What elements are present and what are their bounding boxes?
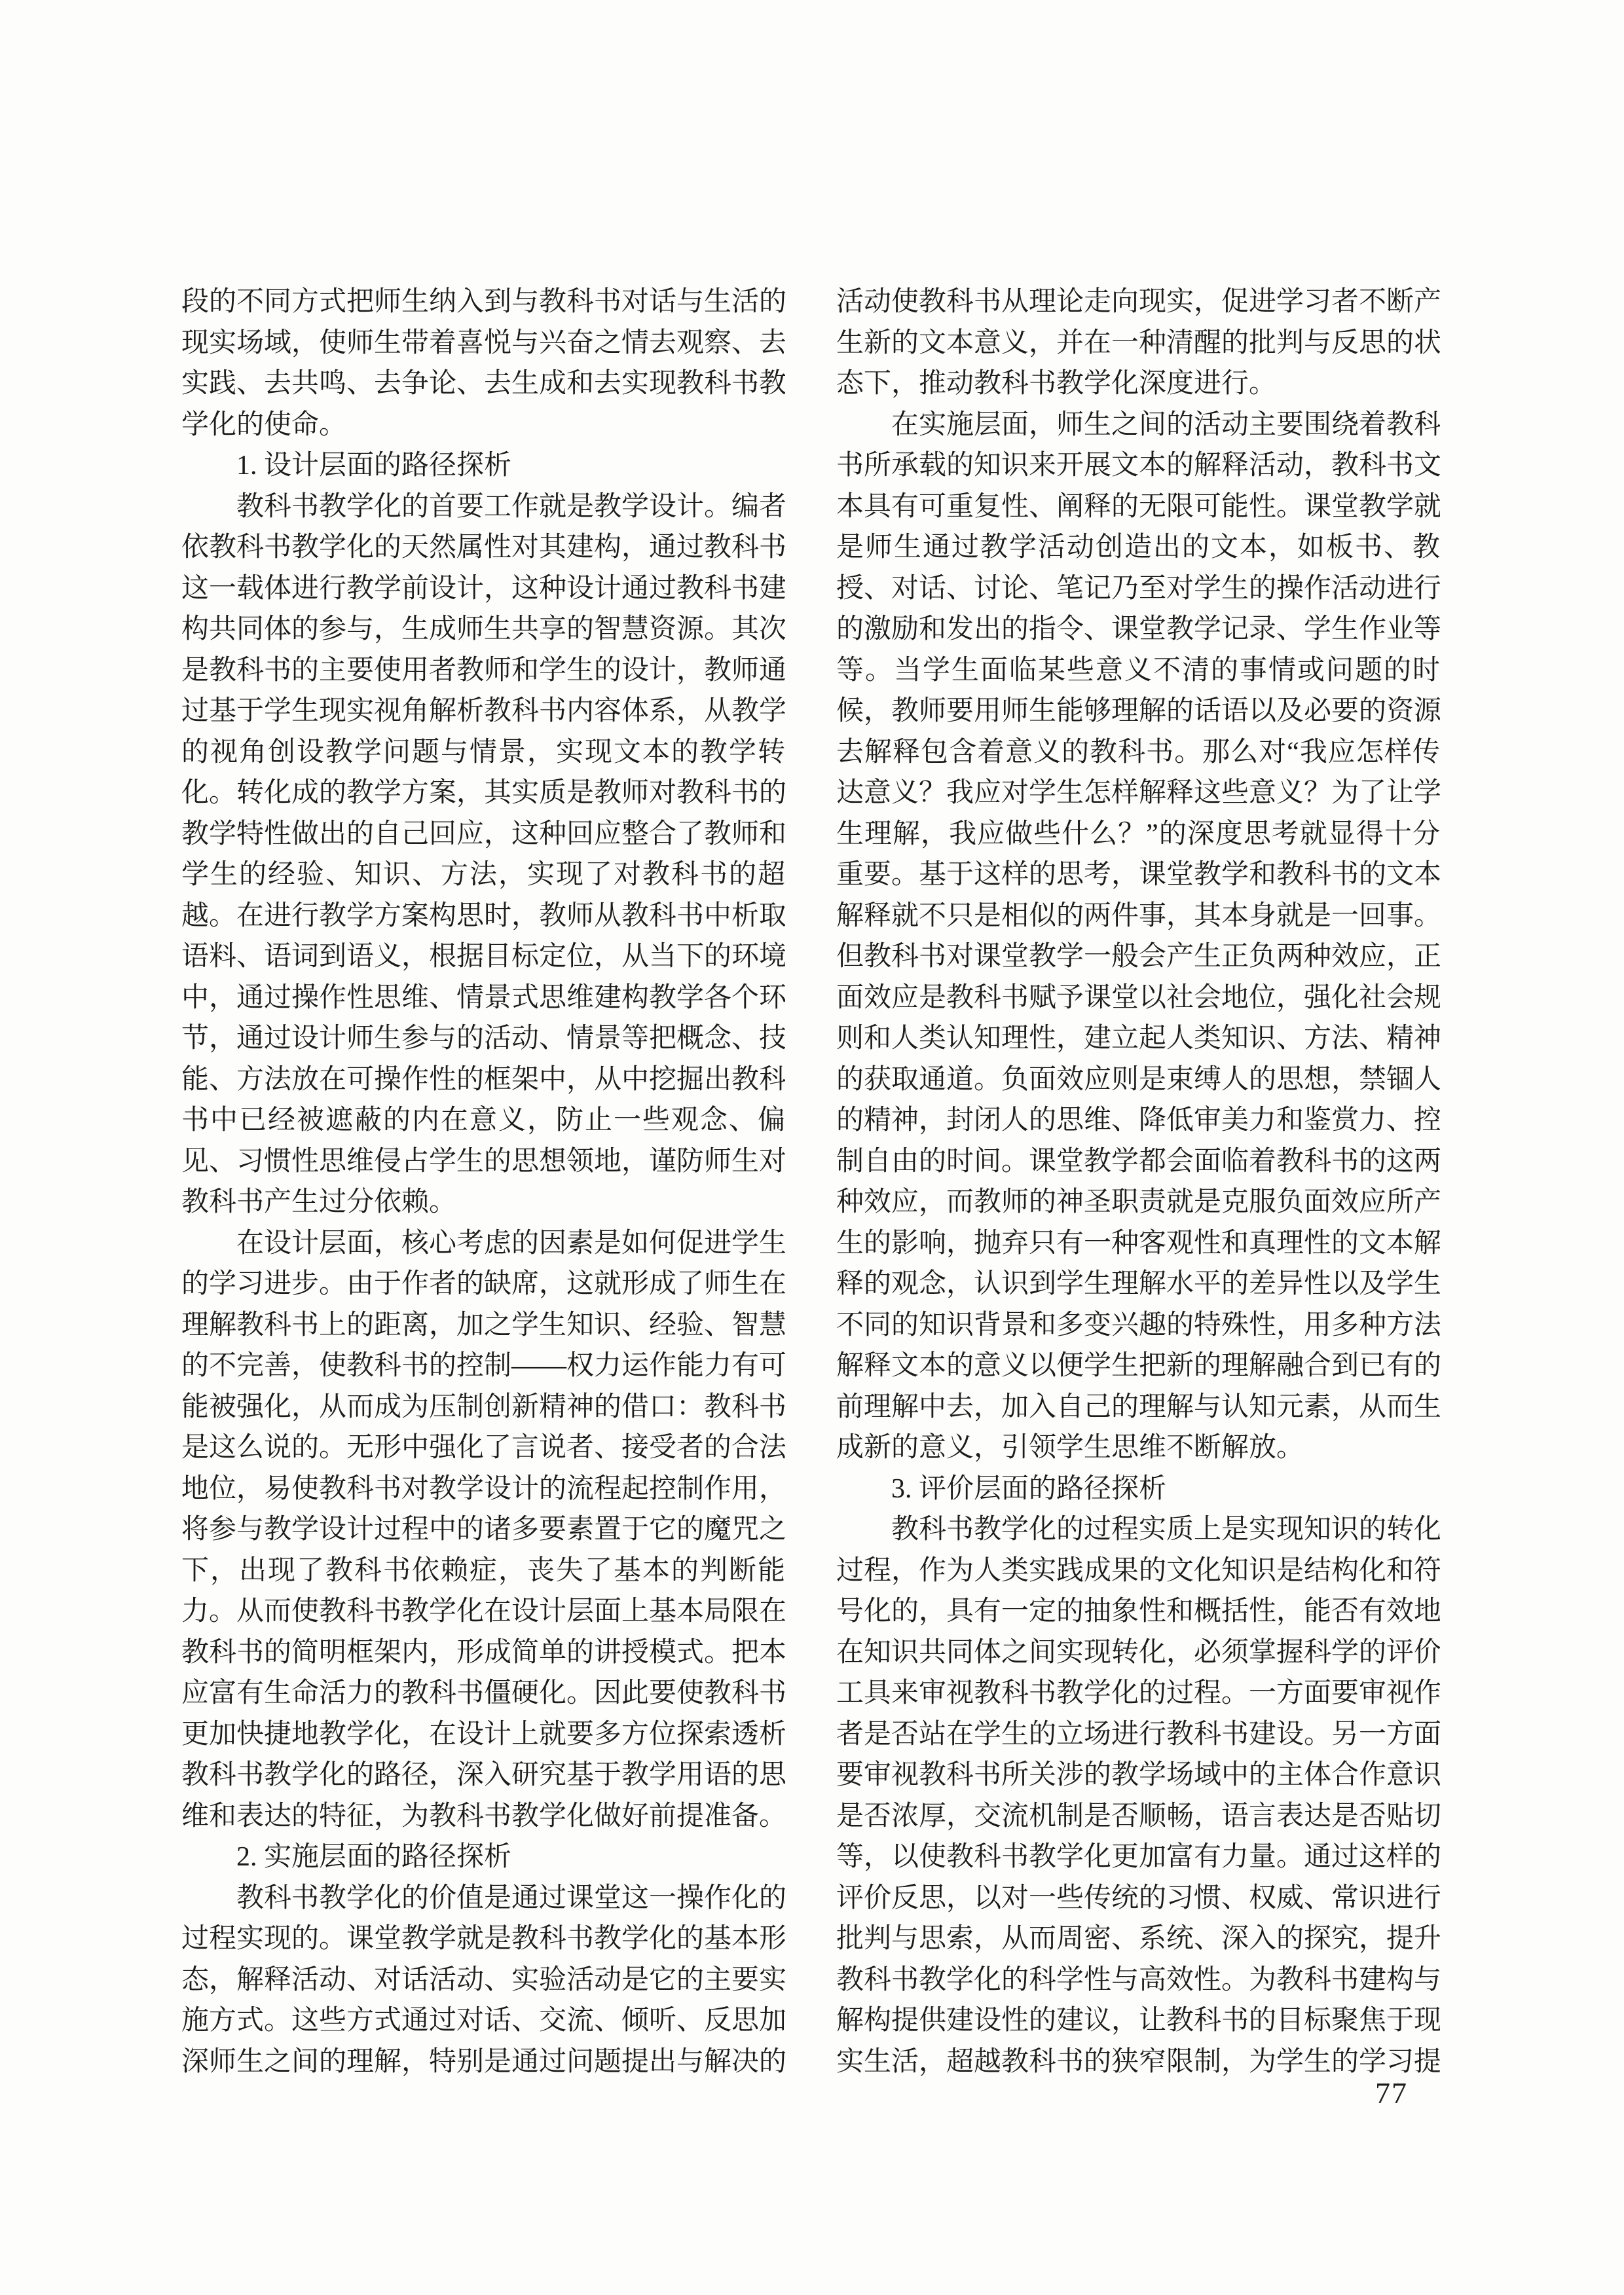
text-line: 能被强化，从而成为压制创新精神的借口：教科书 [181, 1387, 785, 1428]
text-line: 实践、去共鸣、去争论、去生成和去实现教科书教 [181, 363, 785, 405]
text-line: 前理解中去，加入自己的理解与认知元素，从而生 [836, 1387, 1440, 1428]
text-line: 教科书产生过分依赖。 [181, 1182, 785, 1223]
text-line: 本具有可重复性、阐释的无限可能性。课堂教学就 [836, 487, 1440, 528]
text-line: 越。在进行教学方案构思时，教师从教科书中析取 [181, 896, 785, 937]
text-line: 过基于学生现实视角解析教科书内容体系，从教学 [181, 691, 785, 732]
text-columns: 段的不同方式把师生纳入到与教科书对话与生活的现实场域，使师生带着喜悦与兴奋之情去… [181, 282, 1440, 2082]
text-line: 维和表达的特征，为教科书教学化做好前提准备。 [181, 1796, 785, 1837]
text-line: 制自由的时间。课堂教学都会面临着教科书的这两 [836, 1141, 1440, 1183]
text-line: 的获取通道。负面效应则是束缚人的思想，禁锢人 [836, 1059, 1440, 1101]
text-line: 教科书教学化的首要工作就是教学设计。编者 [181, 487, 785, 528]
text-line: 重要。基于这样的思考，课堂教学和教科书的文本 [836, 854, 1440, 896]
text-line: 力。从而使教科书教学化在设计层面上基本局限在 [181, 1591, 785, 1632]
text-line: 教科书教学化的科学性与高效性。为教科书建构与 [836, 1960, 1440, 2001]
text-line: 是否浓厚，交流机制是否顺畅，语言表达是否贴切 [836, 1796, 1440, 1837]
text-line: 候，教师要用师生能够理解的话语以及必要的资源 [836, 691, 1440, 732]
text-line: 这一载体进行教学前设计，这种设计通过教科书建 [181, 568, 785, 610]
text-line: 生新的文本意义，并在一种清醒的批判与反思的状 [836, 323, 1440, 364]
text-line: 能、方法放在可操作性的框架中，从中挖掘出教科 [181, 1059, 785, 1101]
text-line: 现实场域，使师生带着喜悦与兴奋之情去观察、去 [181, 323, 785, 364]
text-line: 等，以使教科书教学化更加富有力量。通过这样的 [836, 1837, 1440, 1878]
text-line: 教学特性做出的自己回应，这种回应整合了教师和 [181, 814, 785, 855]
text-line: 在实施层面，师生之间的活动主要围绕着教科 [836, 405, 1440, 446]
text-line: 授、对话、讨论、笔记乃至对学生的操作活动进行 [836, 568, 1440, 610]
text-line: 语料、语词到语义，根据目标定位，从当下的环境 [181, 936, 785, 978]
text-line: 号化的，具有一定的抽象性和概括性，能否有效地 [836, 1591, 1440, 1632]
text-line: 释的观念，认识到学生理解水平的差异性以及学生 [836, 1264, 1440, 1305]
text-line: 中，通过操作性思维、情景式思维建构教学各个环 [181, 978, 785, 1019]
section-heading: 3. 评价层面的路径探析 [836, 1469, 1440, 1510]
journal-page: 段的不同方式把师生纳入到与教科书对话与生活的现实场域，使师生带着喜悦与兴奋之情去… [0, 0, 1624, 2295]
text-line: 是这么说的。无形中强化了言说者、接受者的合法 [181, 1427, 785, 1469]
text-line: 不同的知识背景和多变兴趣的特殊性，用多种方法 [836, 1305, 1440, 1346]
text-line: 教科书教学化的过程实质上是实现知识的转化 [836, 1509, 1440, 1551]
right-column: 活动使教科书从理论走向现实，促进学习者不断产生新的文本意义，并在一种清醒的批判与… [836, 282, 1440, 2082]
text-line: 地位，易使教科书对教学设计的流程起控制作用， [181, 1469, 785, 1510]
text-line: 书所承载的知识来开展文本的解释活动，教科书文 [836, 445, 1440, 487]
text-line: 过程，作为人类实践成果的文化知识是结构化和符 [836, 1551, 1440, 1592]
page-number: 77 [1375, 2077, 1408, 2110]
text-line: 去解释包含着意义的教科书。那么对“我应怎样传 [836, 732, 1440, 773]
text-line: 的视角创设教学问题与情景，实现文本的教学转 [181, 732, 785, 773]
text-line: 学化的使命。 [181, 405, 785, 446]
text-line: 在设计层面，核心考虑的因素是如何促进学生 [181, 1223, 785, 1264]
text-line: 依教科书教学化的天然属性对其建构，通过教科书 [181, 527, 785, 568]
text-line: 更加快捷地教学化，在设计上就要多方位探索透析 [181, 1714, 785, 1755]
text-line: 施方式。这些方式通过对话、交流、倾听、反思加 [181, 2000, 785, 2042]
text-line: 过程实现的。课堂教学就是教科书教学化的基本形 [181, 1919, 785, 1960]
text-line: 的精神，封闭人的思维、降低审美力和鉴赏力、控 [836, 1100, 1440, 1141]
text-line: 要审视教科书所关涉的教学场域中的主体合作意识 [836, 1755, 1440, 1796]
text-line: 则和人类认知理性，建立起人类知识、方法、精神 [836, 1018, 1440, 1059]
text-line: 将参与教学设计过程中的诸多要素置于它的魔咒之 [181, 1509, 785, 1551]
text-line: 但教科书对课堂教学一般会产生正负两种效应，正 [836, 936, 1440, 978]
text-line: 的激励和发出的指令、课堂教学记录、学生作业等 [836, 609, 1440, 650]
text-line: 评价反思，以对一些传统的习惯、权威、常识进行 [836, 1878, 1440, 1919]
text-line: 是教科书的主要使用者教师和学生的设计，教师通 [181, 650, 785, 691]
text-line: 教科书教学化的路径，深入研究基于教学用语的思 [181, 1755, 785, 1796]
text-line: 实生活，超越教科书的狭窄限制，为学生的学习提 [836, 2042, 1440, 2083]
text-line: 解释文本的意义以便学生把新的理解融合到已有的 [836, 1346, 1440, 1387]
text-line: 态下，推动教科书教学化深度进行。 [836, 363, 1440, 405]
text-line: 态，解释活动、对话活动、实验活动是它的主要实 [181, 1960, 785, 2001]
text-line: 构共同体的参与，生成师生共享的智慧资源。其次 [181, 609, 785, 650]
text-line: 是师生通过教学活动创造出的文本，如板书、教 [836, 527, 1440, 568]
text-line: 节，通过设计师生参与的活动、情景等把概念、技 [181, 1018, 785, 1059]
text-line: 工具来审视教科书教学化的过程。一方面要审视作 [836, 1673, 1440, 1714]
text-line: 成新的意义，引领学生思维不断解放。 [836, 1427, 1440, 1469]
text-line: 种效应，而教师的神圣职责就是克服负面效应所产 [836, 1182, 1440, 1223]
text-line: 等。当学生面临某些意义不清的事情或问题的时 [836, 650, 1440, 691]
text-line: 生理解，我应做些什么？”的深度思考就显得十分 [836, 814, 1440, 855]
text-line: 的学习进步。由于作者的缺席，这就形成了师生在 [181, 1264, 785, 1305]
text-line: 见、习惯性思维侵占学生的思想领地，谨防师生对 [181, 1141, 785, 1183]
text-line: 的不完善，使教科书的控制——权力运作能力有可 [181, 1346, 785, 1387]
text-line: 理解教科书上的距离，加之学生知识、经验、智慧 [181, 1305, 785, 1346]
text-line: 学生的经验、知识、方法，实现了对教科书的超 [181, 854, 785, 896]
text-line: 教科书的简明框架内，形成简单的讲授模式。把本 [181, 1632, 785, 1674]
text-line: 解释就不只是相似的两件事，其本身就是一回事。 [836, 896, 1440, 937]
section-heading: 2. 实施层面的路径探析 [181, 1837, 785, 1878]
text-line: 解构提供建设性的建议，让教科书的目标聚焦于现 [836, 2000, 1440, 2042]
text-line: 达意义？我应对学生怎样解释这些意义？为了让学 [836, 773, 1440, 814]
text-line: 在知识共同体之间实现转化，必须掌握科学的评价 [836, 1632, 1440, 1674]
text-line: 教科书教学化的价值是通过课堂这一操作化的 [181, 1878, 785, 1919]
text-line: 者是否站在学生的立场进行教科书建设。另一方面 [836, 1714, 1440, 1755]
text-line: 化。转化成的教学方案，其实质是教师对教科书的 [181, 773, 785, 814]
text-line: 书中已经被遮蔽的内在意义，防止一些观念、偏 [181, 1100, 785, 1141]
section-heading: 1. 设计层面的路径探析 [181, 445, 785, 487]
text-line: 应富有生命活力的教科书僵硬化。因此要使教科书 [181, 1673, 785, 1714]
left-column: 段的不同方式把师生纳入到与教科书对话与生活的现实场域，使师生带着喜悦与兴奋之情去… [181, 282, 785, 2082]
text-line: 批判与思索，从而周密、系统、深入的探究，提升 [836, 1919, 1440, 1960]
text-line: 面效应是教科书赋予课堂以社会地位，强化社会规 [836, 978, 1440, 1019]
text-line: 生的影响，抛弃只有一种客观性和真理性的文本解 [836, 1223, 1440, 1264]
text-line: 深师生之间的理解，特别是通过问题提出与解决的 [181, 2042, 785, 2083]
text-line: 段的不同方式把师生纳入到与教科书对话与生活的 [181, 282, 785, 323]
text-line: 下，出现了教科书依赖症，丧失了基本的判断能 [181, 1551, 785, 1592]
text-line: 活动使教科书从理论走向现实，促进学习者不断产 [836, 282, 1440, 323]
